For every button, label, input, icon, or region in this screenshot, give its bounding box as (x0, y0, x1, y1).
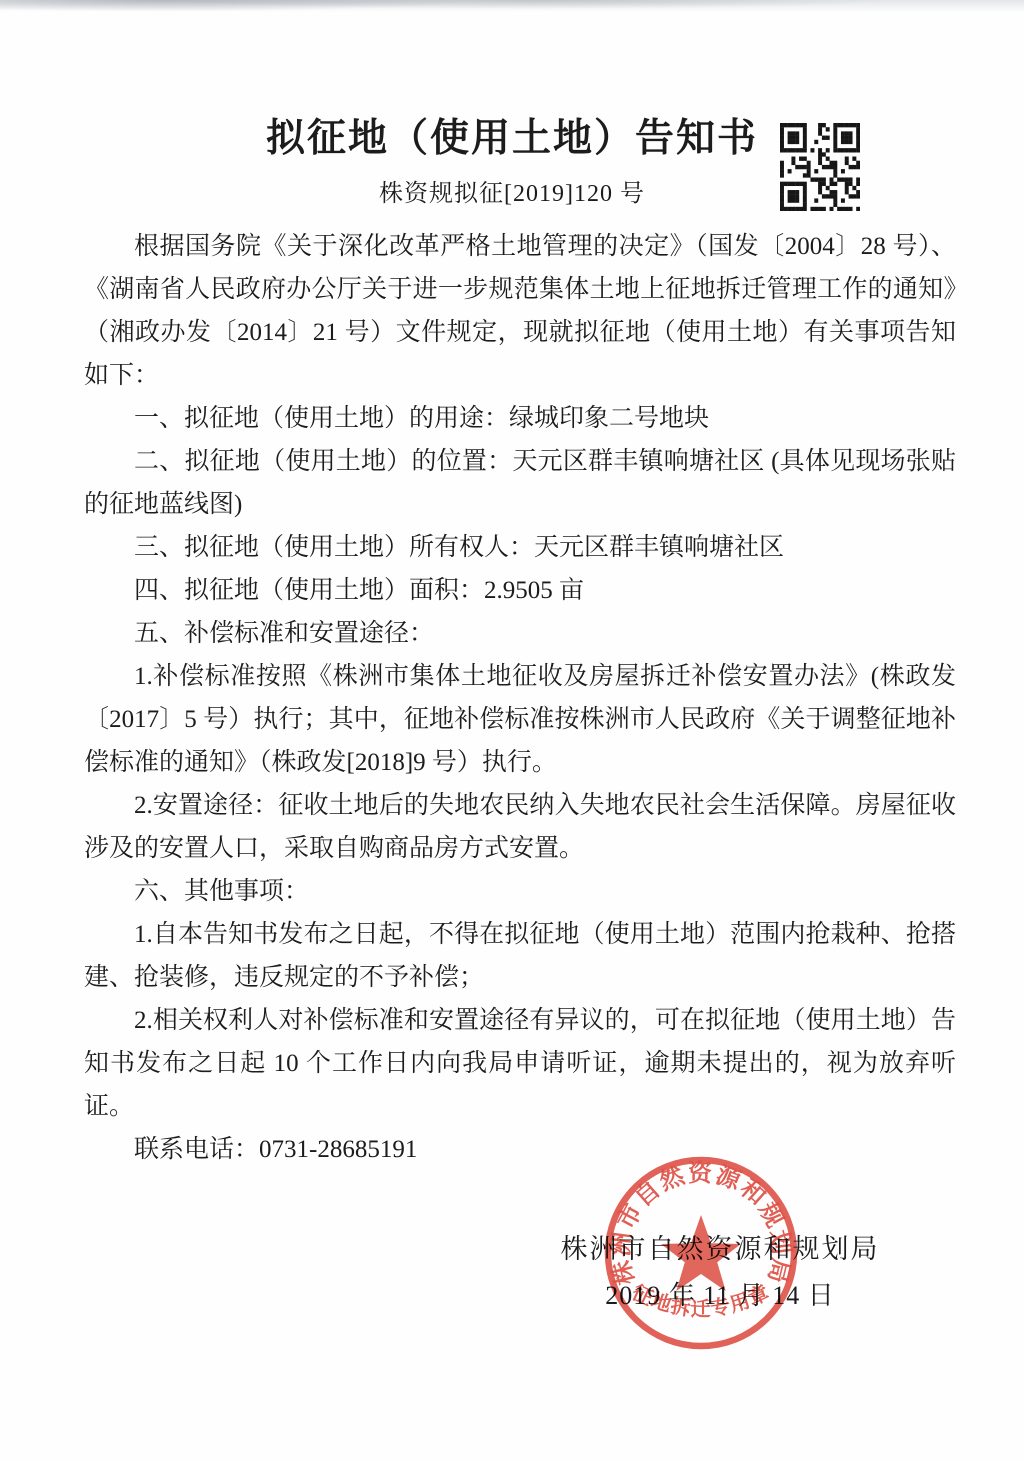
svg-text:征地拆迁专用章: 征地拆迁专用章 (629, 1280, 774, 1321)
seal-star-icon (661, 1215, 741, 1291)
document-body: 根据国务院《关于深化改革严格土地管理的决定》（国发〔2004〕28 号）、《湖南… (0, 225, 1024, 1171)
paragraph-item-5-2: 2.安置途径：征收土地后的失地农民纳入失地农民社会生活保障。房屋征收涉及的安置人… (84, 784, 956, 870)
paragraph-item-2: 二、拟征地（使用土地）的位置：天元区群丰镇响塘社区 (具体见现场张贴的征地蓝线图… (84, 440, 956, 526)
paragraph-item-6: 六、其他事项： (84, 870, 956, 913)
qr-code-icon (780, 123, 860, 211)
paragraph-item-3: 三、拟征地（使用土地）所有权人：天元区群丰镇响塘社区 (84, 526, 956, 569)
paragraph-item-5: 五、补偿标准和安置途径： (84, 612, 956, 655)
document-title: 拟征地（使用土地）告知书 (0, 116, 1024, 163)
seal-bottom-text: 征地拆迁专用章 (629, 1280, 774, 1321)
document-number: 株资规拟征[2019]120 号 (0, 173, 1024, 208)
title-block: 拟征地（使用土地）告知书 株资规拟征[2019]120 号 (0, 0, 1024, 208)
paragraph-item-5-1: 1.补偿标准按照《株洲市集体土地征收及房屋拆迁补偿安置办法》(株政发〔2017〕… (84, 655, 956, 784)
paragraph-item-4: 四、拟征地（使用土地）面积：2.9505 亩 (84, 569, 956, 612)
paragraph-item-6-2: 2.相关权利人对补偿标准和安置途径有异议的，可在拟征地（使用土地）告知书发布之日… (84, 999, 956, 1128)
contact-phone: 联系电话：0731-28685191 (84, 1128, 956, 1171)
paragraph-item-1: 一、拟征地（使用土地）的用途：绿城印象二号地块 (84, 397, 956, 440)
official-seal: 株洲市自然资源和规划局 征地拆迁专用章 (591, 1143, 811, 1363)
paragraph-item-6-1: 1.自本告知书发布之日起，不得在拟征地（使用土地）范围内抢栽种、抢搭建、抢装修，… (84, 913, 956, 999)
document-page: 拟征地（使用土地）告知书 株资规拟征[2019]120 号 根据国务院《关于深化… (0, 0, 1024, 1461)
paragraph-intro: 根据国务院《关于深化改革严格土地管理的决定》（国发〔2004〕28 号）、《湖南… (84, 225, 956, 397)
